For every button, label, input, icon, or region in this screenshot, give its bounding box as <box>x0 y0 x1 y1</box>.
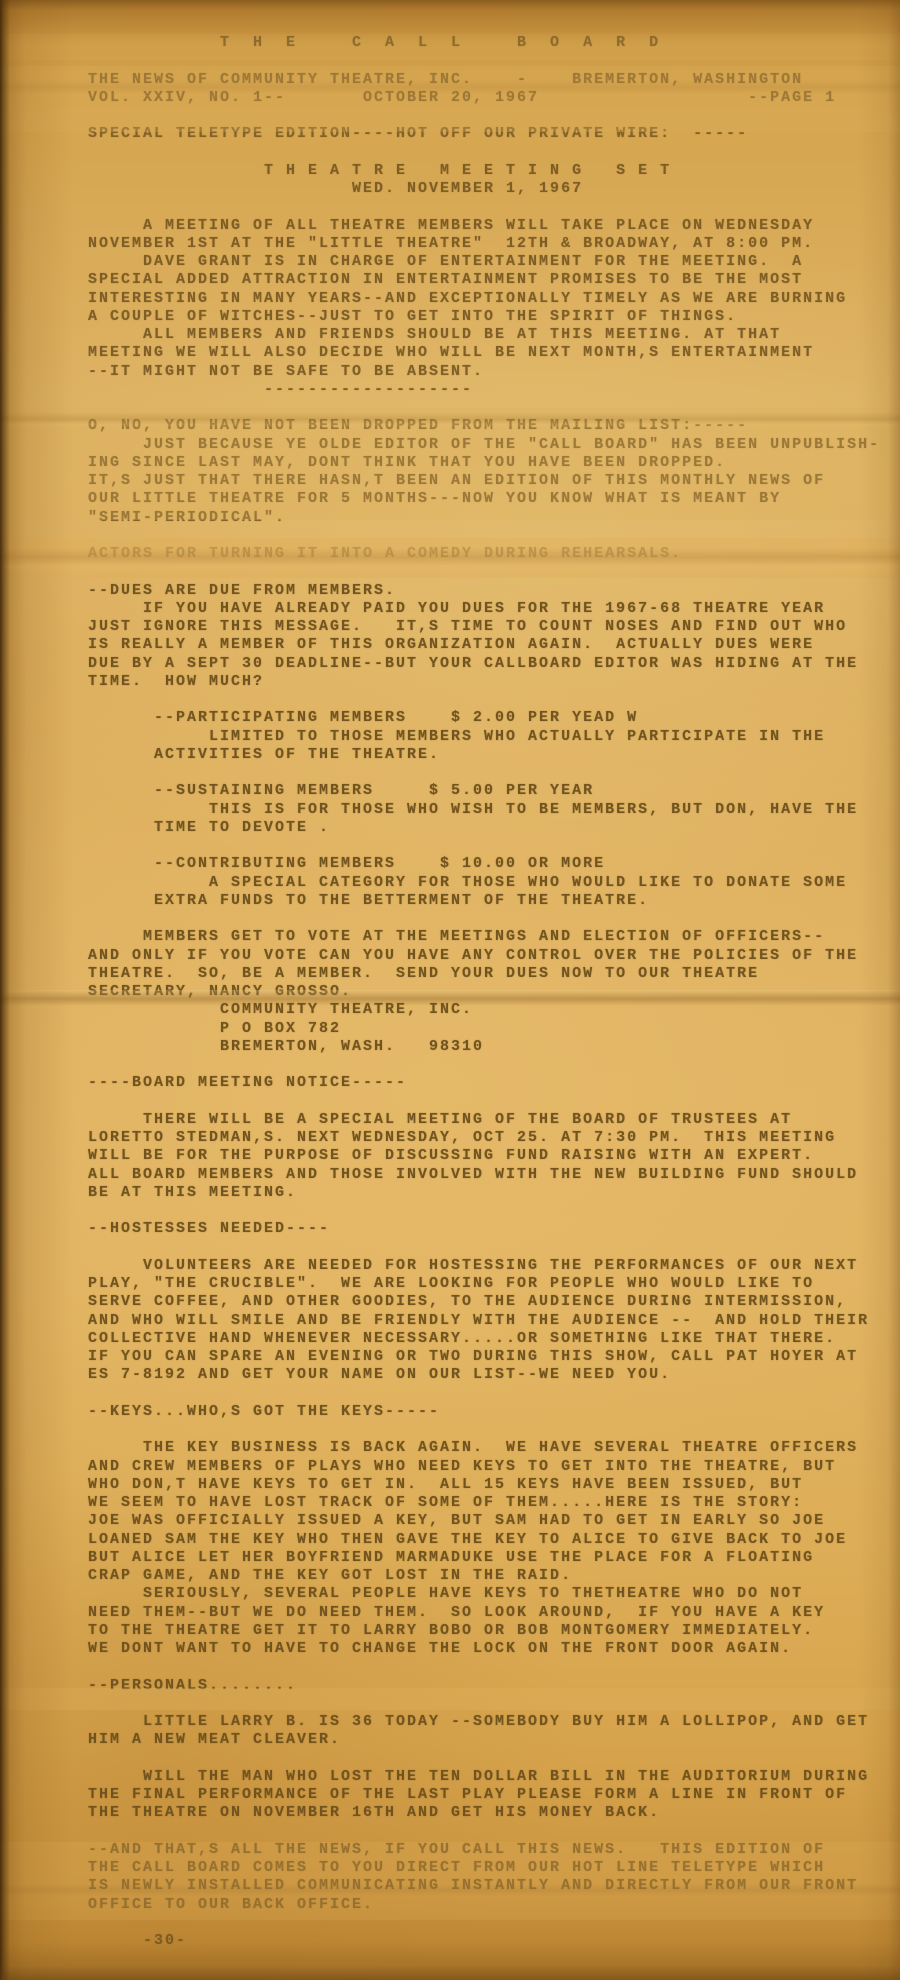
meeting-article: A MEETING OF ALL THEATRE MEMBERS WILL TA… <box>88 198 900 399</box>
membership-vote-and-address: MEMBERS GET TO VOTE AT THE MEETINGS AND … <box>88 910 900 1056</box>
dues-tier-contributing: --CONTRIBUTING MEMBERS $ 10.00 OR MORE A… <box>88 837 900 910</box>
dues-tier-sustaining: --SUSTAINING MEMBERS $ 5.00 PER YEAR THI… <box>88 764 900 837</box>
header-block: THE NEWS OF COMMUNITY THEATRE, INC. - BR… <box>88 52 900 143</box>
board-meeting-notice: ----BOARD MEETING NOTICE----- THERE WILL… <box>88 1056 900 1202</box>
fold-fragment-line: ACTORS FOR TURNING IT INTO A COMEDY DURI… <box>88 527 900 564</box>
hostesses-needed-article: --HOSTESSES NEEDED---- VOLUNTEERS ARE NE… <box>88 1202 900 1385</box>
personals-article: --PERSONALS........ LITTLE LARRY B. IS 3… <box>88 1658 900 1822</box>
masthead: T H E C A L L B O A R D <box>88 34 900 52</box>
dues-tier-participating: --PARTICIPATING MEMBERS $ 2.00 PER YEAD … <box>88 691 900 764</box>
typewritten-text-layer: T H E C A L L B O A R D THE NEWS OF COMM… <box>0 0 900 1980</box>
keys-article: --KEYS...WHO,S GOT THE KEYS----- THE KEY… <box>88 1385 900 1659</box>
newsletter-scan: T H E C A L L B O A R D THE NEWS OF COMM… <box>0 0 900 1980</box>
dues-intro: --DUES ARE DUE FROM MEMBERS. IF YOU HAVE… <box>88 563 900 691</box>
mailing-list-article: O, NO, YOU HAVE NOT BEEN DROPPED FROM TH… <box>88 399 900 527</box>
closing-article: --AND THAT,S ALL THE NEWS, IF YOU CALL T… <box>88 1823 900 1951</box>
meeting-headline: T H E A T R E M E E T I N G S E T WED. N… <box>88 144 900 199</box>
